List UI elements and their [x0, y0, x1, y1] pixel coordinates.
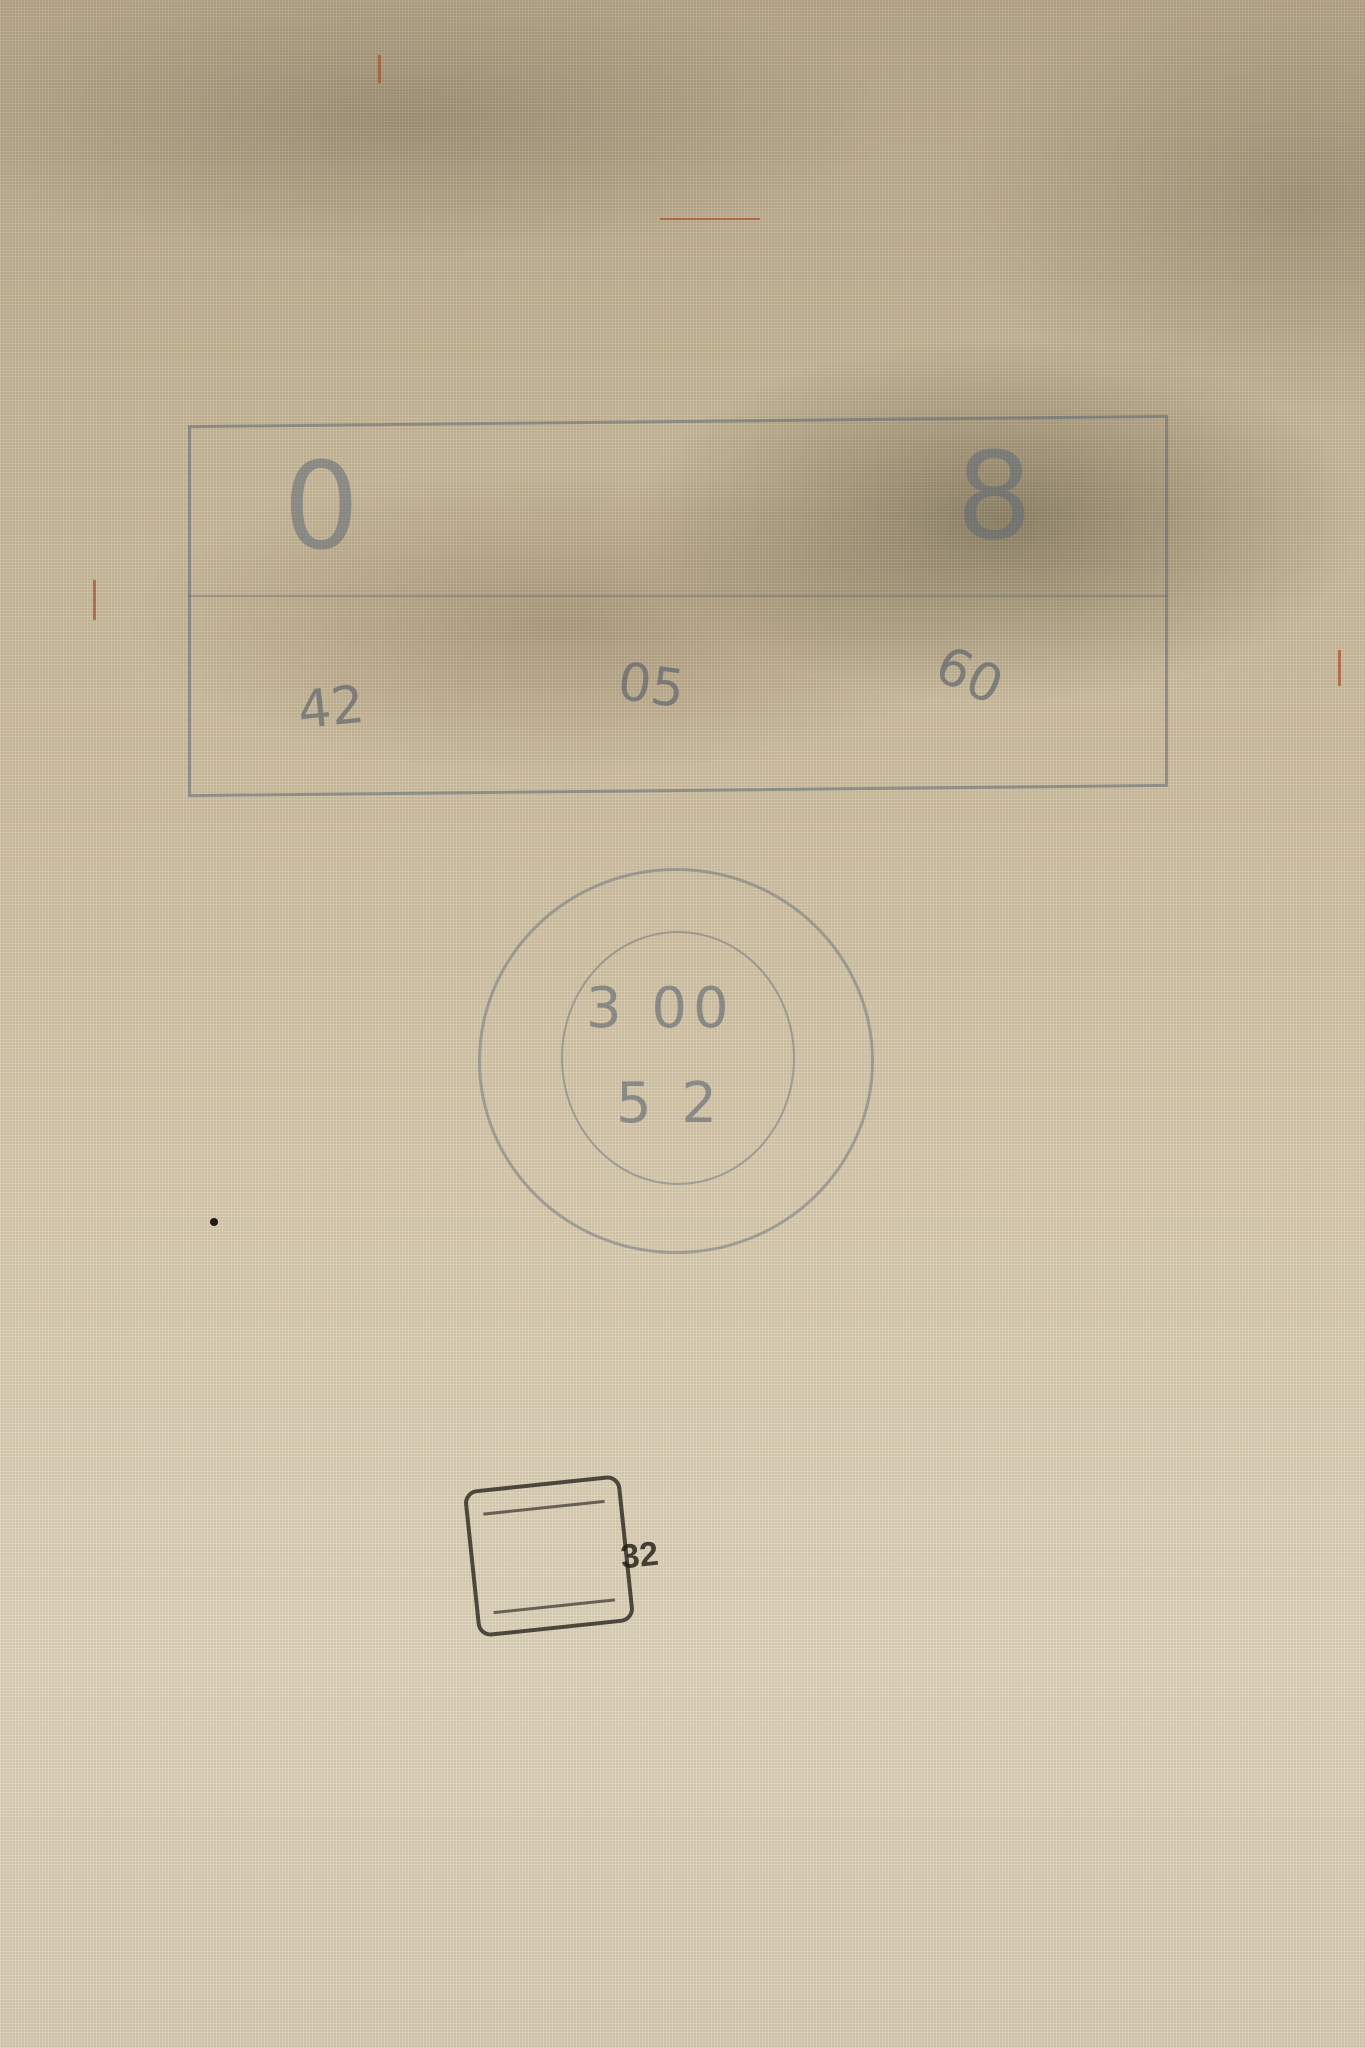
- postmark-time: 3 00: [586, 976, 735, 1041]
- ink-dot: [210, 1218, 218, 1226]
- box-stamp-value: 42: [295, 679, 366, 738]
- box-stamp-digit-left: 0: [283, 448, 359, 568]
- box-stamp-divider: [188, 595, 1168, 597]
- box-stamp: 0 8 42 05 60: [188, 420, 1168, 792]
- postmark-date: 5 2: [616, 1071, 723, 1136]
- box-stamp-value: 05: [615, 656, 688, 717]
- rust-mark: [93, 580, 96, 620]
- postmark-inner-ring: [561, 931, 795, 1185]
- black-ink-stamp: 32: [463, 1474, 636, 1638]
- black-stamp-inner: [483, 1500, 615, 1614]
- box-stamp-digit-right: 8: [956, 438, 1032, 558]
- postmark-stamp: 3 00 5 2: [478, 868, 874, 1254]
- rust-mark: [660, 218, 760, 220]
- rust-mark: [378, 55, 381, 83]
- rust-mark: [1338, 650, 1341, 686]
- black-stamp-label: 32: [619, 1535, 661, 1578]
